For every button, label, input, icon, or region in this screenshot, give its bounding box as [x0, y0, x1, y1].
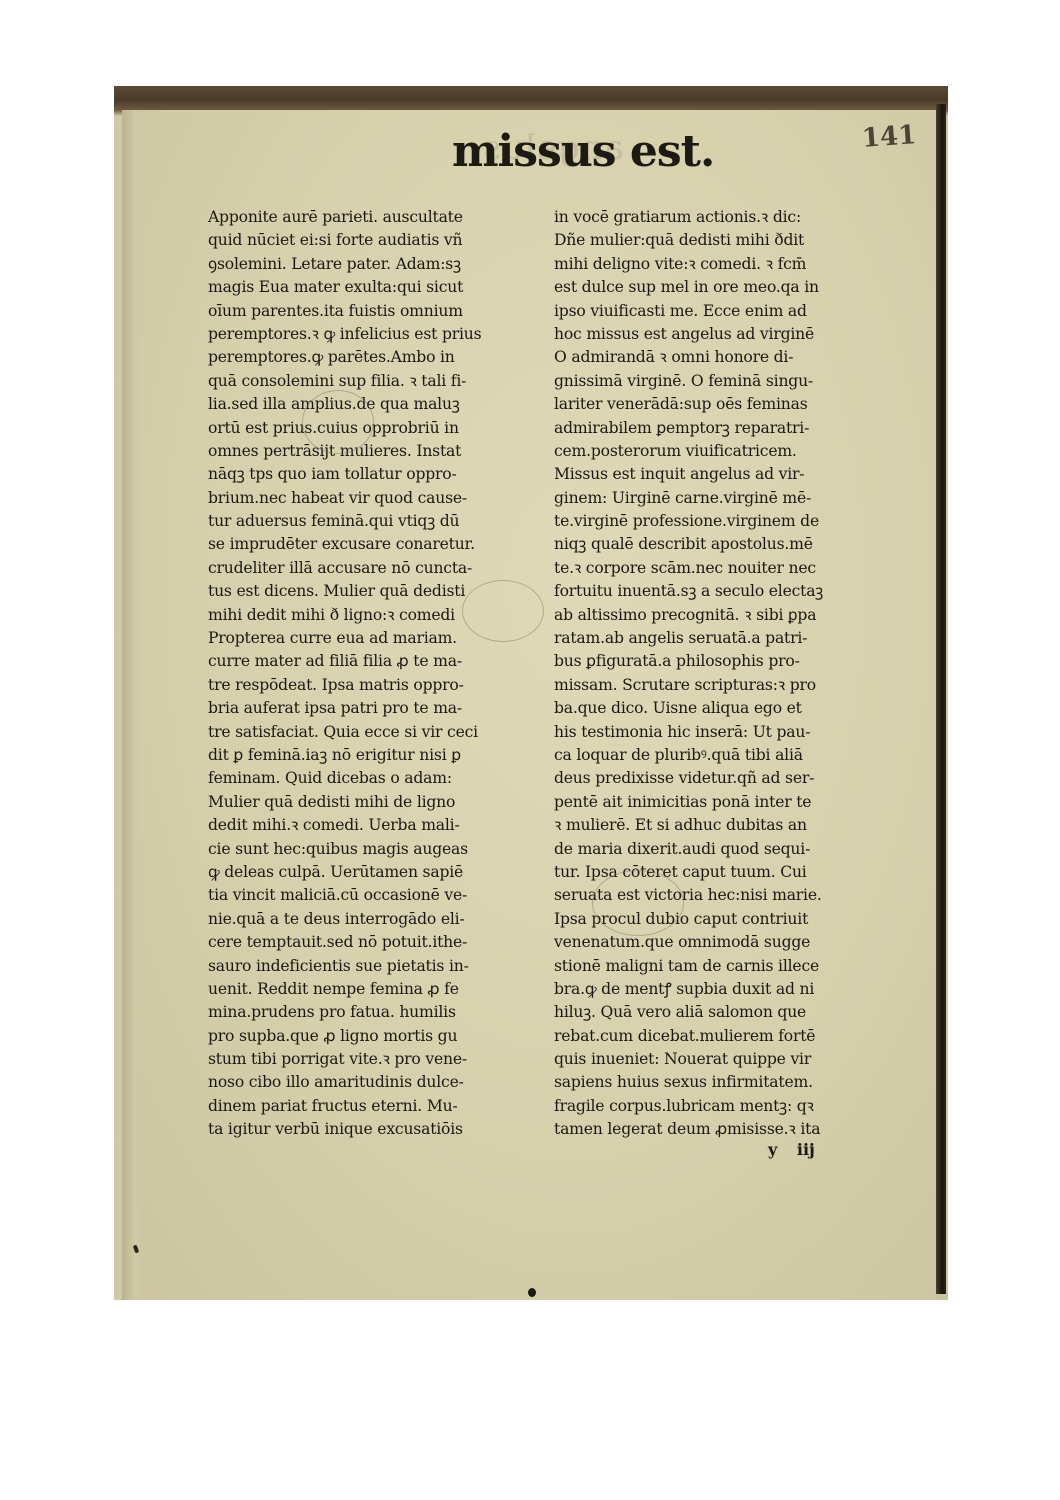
text-line: ca loquar de pluribꝰ.quā tibi aliā	[554, 744, 899, 767]
text-line: tre satisfaciat. Quia ecce si vir ceci	[208, 721, 548, 744]
text-line: bria auferat ipsa patri pro te ma-	[208, 697, 548, 720]
text-line: sauro indeficientis sue pietatis in-	[208, 955, 548, 978]
text-line: pro supba.que ꝓ ligno mortis gu	[208, 1025, 548, 1048]
text-line: quā consolemini sup filia. ꝛ tali fi-	[208, 370, 548, 393]
text-line: niqꝫ qualē describit apostolus.mē	[554, 533, 899, 556]
text-line: his testimonia hic inserā: Ut pau-	[554, 721, 899, 744]
text-line: nie.quā a te deus interrogādo eli-	[208, 908, 548, 931]
signature-mark: y iij	[768, 1140, 815, 1159]
text-line: lia.sed illa amplius.de qua maluꝫ	[208, 393, 548, 416]
text-line: ba.que dico. Uisne aliqua ego et	[554, 697, 899, 720]
text-line: peremptores.ꝙ parētes.Ambo in	[208, 346, 548, 369]
text-line: nāqꝫ tps quo iam tollatur oppro-	[208, 463, 548, 486]
running-head: missus est.	[452, 126, 714, 177]
text-line: dedit mihi.ꝛ comedi. Uerba mali-	[208, 814, 548, 837]
text-line: dinem pariat fructus eterni. Mu-	[208, 1095, 548, 1118]
text-line: seruata est victoria hec:nisi marie.	[554, 884, 899, 907]
text-line: O admirandā ꝛ omni honore di-	[554, 346, 899, 369]
text-line: Missus est inquit angelus ad vir-	[554, 463, 899, 486]
text-line: tre respōdeat. Ipsa matris oppro-	[208, 674, 548, 697]
text-line: dit ꝑ feminā.iaꝫ nō erigitur nisi ꝑ	[208, 744, 548, 767]
text-line: tia vincit maliciā.cū occasionē ve-	[208, 884, 548, 907]
text-line: venenatum.que omnimodā sugge	[554, 931, 899, 954]
text-line: se imprudēter excusare conaretur.	[208, 533, 548, 556]
text-line: est dulce sup mel in ore meo.qa in	[554, 276, 899, 299]
text-line: missam. Scrutare scripturas:ꝛ pro	[554, 674, 899, 697]
text-line: magis Eua mater exulta:qui sicut	[208, 276, 548, 299]
text-line: rebat.cum dicebat.mulierem fortē	[554, 1025, 899, 1048]
text-line: quid nūciet ei:si forte audiatis vñ	[208, 229, 548, 252]
text-line: tur. Ipsa cōteret caput tuum. Cui	[554, 861, 899, 884]
text-line: cie sunt hec:quibus magis augeas	[208, 838, 548, 861]
text-line: Propterea curre eua ad mariam.	[208, 627, 548, 650]
text-line: sapiens huius sexus infirmitatem.	[554, 1071, 899, 1094]
text-line: pentē ait inimicitias ponā inter te	[554, 791, 899, 814]
text-line: ta igitur verbū inique excusatiōis	[208, 1118, 548, 1141]
text-line: noso cibo illo amaritudinis dulce-	[208, 1071, 548, 1094]
text-line: mina.prudens pro fatua. humilis	[208, 1001, 548, 1024]
ink-dot	[528, 1288, 536, 1297]
text-line: Ipsa procul dubio caput contriuit	[554, 908, 899, 931]
text-line: cere temptauit.sed nō potuit.ithe-	[208, 931, 548, 954]
text-line: admirabilem ꝑemptorꝫ reparatri-	[554, 417, 899, 440]
text-line: brium.nec habeat vir quod cause-	[208, 487, 548, 510]
text-line: ꝙ deleas culpā. Uerūtamen sapiē	[208, 861, 548, 884]
text-line: ab altissimo precognitā. ꝛ sibi ꝑpa	[554, 604, 899, 627]
text-line: te.virginē professione.virginem de	[554, 510, 899, 533]
text-line: te.ꝛ corpore scām.nec nouiter nec	[554, 557, 899, 580]
text-line: deus predixisse videtur.qñ ad ser-	[554, 767, 899, 790]
text-column-left: Apponite aurē parieti. auscultatequid nū…	[208, 206, 548, 1142]
text-line: peremptores.ꝛ ꝙ infelicius est prius	[208, 323, 548, 346]
text-line: mihi deligno vite:ꝛ comedi. ꝛ fcm̄	[554, 253, 899, 276]
text-line: oīum parentes.ita fuistis omnium	[208, 300, 548, 323]
text-line: bra.ꝙ de mentꝭ supbia duxit ad ni	[554, 978, 899, 1001]
text-line: ipso viuificasti me. Ecce enim ad	[554, 300, 899, 323]
scanned-page-photo: angelus missus est. 141 Apponite aurē pa…	[114, 86, 948, 1300]
text-line: feminam. Quid dicebas o adam:	[208, 767, 548, 790]
page-edge-shadow	[936, 104, 946, 1294]
text-line: hiluꝫ. Quā vero aliā salomon que	[554, 1001, 899, 1024]
text-line: cem.posterorum viuificatricem.	[554, 440, 899, 463]
text-line: de maria dixerit.audi quod sequi-	[554, 838, 899, 861]
text-line: ginem: Uirginē carne.virginē mē-	[554, 487, 899, 510]
text-line: Mulier quā dedisti mihi de ligno	[208, 791, 548, 814]
text-line: crudeliter illā accusare nō cuncta-	[208, 557, 548, 580]
text-line: stionē maligni tam de carnis illece	[554, 955, 899, 978]
text-line: curre mater ad filiā filia ꝓ te ma-	[208, 650, 548, 673]
text-line: quis inueniet: Nouerat quippe vir	[554, 1048, 899, 1071]
text-line: tur aduersus feminā.qui vtiqꝫ dū	[208, 510, 548, 533]
text-line: in vocē gratiarum actionis.ꝛ dic:	[554, 206, 899, 229]
text-line: tamen legerat deum ꝓmisisse.ꝛ ita	[554, 1118, 899, 1141]
text-line: ratam.ab angelis seruatā.a patri-	[554, 627, 899, 650]
text-line: uenit. Reddit nempe femina ꝓ fe	[208, 978, 548, 1001]
text-line: Dñe mulier:quā dedisti mihi ðdit	[554, 229, 899, 252]
text-line: ꝯsolemini. Letare pater. Adam:sꝫ	[208, 253, 548, 276]
text-line: lariter venerādā:sup oēs feminas	[554, 393, 899, 416]
text-line: omnes pertrāsijt mulieres. Instat	[208, 440, 548, 463]
text-line: fortuitu inuentā.sꝫ a seculo electaꝫ	[554, 580, 899, 603]
text-line: Apponite aurē parieti. auscultate	[208, 206, 548, 229]
text-line: ꝛ mulierē. Et si adhuc dubitas an	[554, 814, 899, 837]
text-line: stum tibi porrigat vite.ꝛ pro vene-	[208, 1048, 548, 1071]
folio-number: 141	[861, 120, 917, 154]
text-line: fragile corpus.lubricam mentꝫ: qꝛ	[554, 1095, 899, 1118]
text-line: mihi dedit mihi ð ligno:ꝛ comedi	[208, 604, 548, 627]
binding-gutter-shadow	[122, 110, 144, 1300]
text-line: hoc missus est angelus ad virginē	[554, 323, 899, 346]
text-line: bus ꝑfiguratā.a philosophis pro-	[554, 650, 899, 673]
text-line: tus est dicens. Mulier quā dedisti	[208, 580, 548, 603]
text-line: ortū est prius.cuius opprobriū in	[208, 417, 548, 440]
printed-leaf: angelus missus est. 141 Apponite aurē pa…	[122, 110, 938, 1300]
text-column-right: in vocē gratiarum actionis.ꝛ dic:Dñe mul…	[554, 206, 899, 1142]
text-line: gnissimā virginē. O feminā singu-	[554, 370, 899, 393]
